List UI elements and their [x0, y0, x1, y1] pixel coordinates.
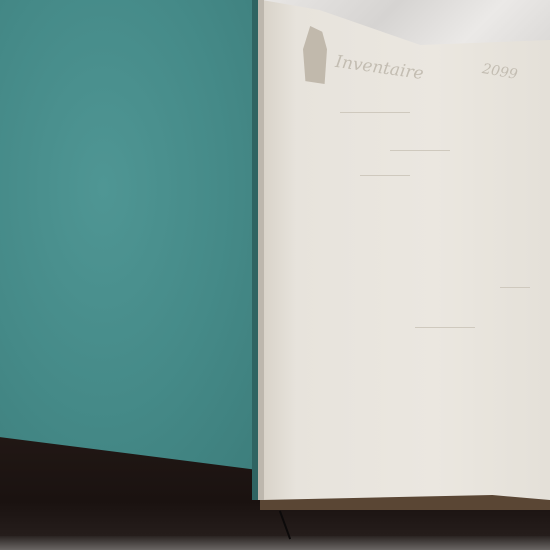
table-edge	[0, 536, 550, 550]
faint-text-line	[500, 287, 530, 288]
faint-text-line	[340, 112, 410, 113]
teal-book-cover	[0, 0, 258, 470]
faint-text-line	[415, 327, 475, 328]
faint-text-line	[390, 150, 450, 151]
book-spine-gutter	[258, 0, 264, 500]
photo-scene: Inventaire 2099	[0, 0, 550, 550]
faint-text-line	[360, 175, 410, 176]
